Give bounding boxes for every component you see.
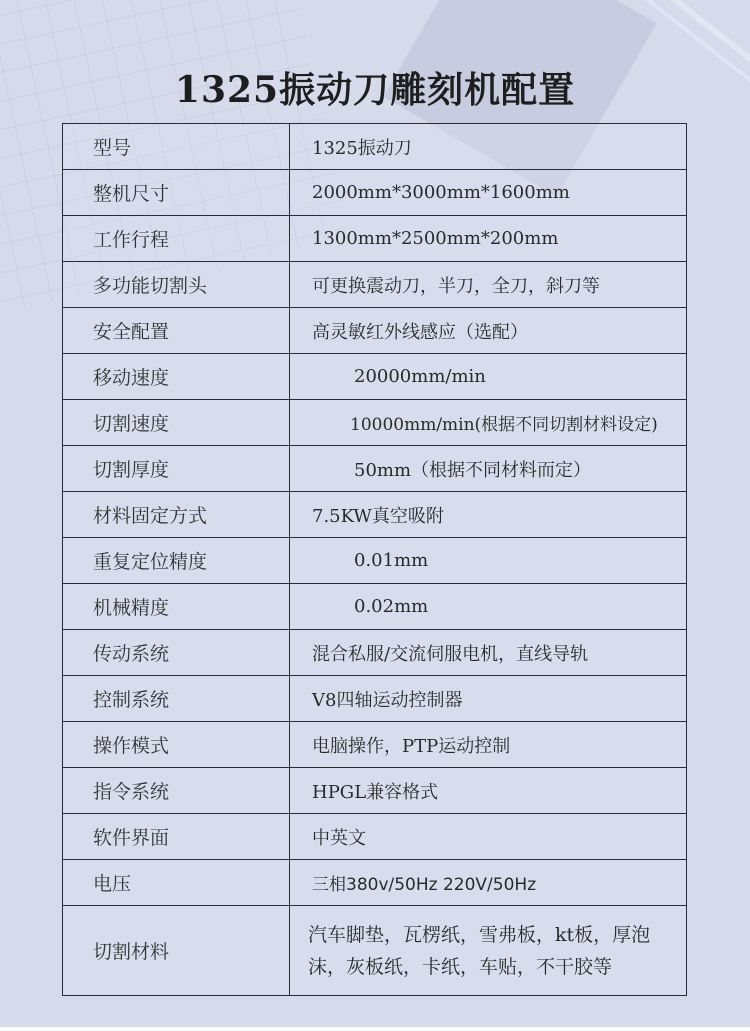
row-label: 切割厚度	[63, 446, 290, 492]
row-label: 工作行程	[63, 216, 290, 262]
page-title: 1325振动刀雕刻机配置	[0, 62, 750, 113]
row-value: 汽车脚垫，瓦楞纸，雪弗板，kt板，厚泡沫，灰板纸，卡纸，车贴，不干胶等	[290, 906, 687, 996]
row-value: 中英文	[290, 814, 687, 860]
row-label: 型号	[63, 124, 290, 170]
row-label: 切割材料	[63, 906, 290, 996]
row-value: 1325振动刀	[290, 124, 687, 170]
row-label: 控制系统	[63, 676, 290, 722]
table-row: 工作行程 1300mm*2500mm*200mm	[63, 216, 687, 262]
row-value: 10000mm/min(根据不同切割材料设定)	[290, 400, 687, 446]
row-label: 传动系统	[63, 630, 290, 676]
table-row: 移动速度 20000mm/min	[63, 354, 687, 400]
table-row: 电压 三相380v/50Hz 220V/50Hz	[63, 860, 687, 906]
row-value: 20000mm/min	[290, 354, 687, 400]
table-row: 多功能切割头 可更换震动刀，半刀，全刀，斜刀等	[63, 262, 687, 308]
table-row: 传动系统 混合私服/交流伺服电机，直线导轨	[63, 630, 687, 676]
row-value: 7.5KW真空吸附	[290, 492, 687, 538]
row-value: 0.01mm	[290, 538, 687, 584]
table-row: 切割速度 10000mm/min(根据不同切割材料设定)	[63, 400, 687, 446]
row-label: 机械精度	[63, 584, 290, 630]
row-label: 操作模式	[63, 722, 290, 768]
table-row: 型号 1325振动刀	[63, 124, 687, 170]
row-label: 软件界面	[63, 814, 290, 860]
row-label: 材料固定方式	[63, 492, 290, 538]
row-value: 2000mm*3000mm*1600mm	[290, 170, 687, 216]
row-value: 可更换震动刀，半刀，全刀，斜刀等	[290, 262, 687, 308]
table-row: 软件界面 中英文	[63, 814, 687, 860]
table-row: 切割材料 汽车脚垫，瓦楞纸，雪弗板，kt板，厚泡沫，灰板纸，卡纸，车贴，不干胶等	[63, 906, 687, 996]
table-row: 控制系统 V8四轴运动控制器	[63, 676, 687, 722]
row-label: 整机尺寸	[63, 170, 290, 216]
row-value: 高灵敏红外线感应（选配）	[290, 308, 687, 354]
table-row: 重复定位精度 0.01mm	[63, 538, 687, 584]
row-value: 1300mm*2500mm*200mm	[290, 216, 687, 262]
row-label: 指令系统	[63, 768, 290, 814]
table-row: 指令系统 HPGL兼容格式	[63, 768, 687, 814]
row-value: 三相380v/50Hz 220V/50Hz	[290, 860, 687, 906]
row-label: 多功能切割头	[63, 262, 290, 308]
row-value: 电脑操作，PTP运动控制	[290, 722, 687, 768]
row-label: 电压	[63, 860, 290, 906]
row-value: 混合私服/交流伺服电机，直线导轨	[290, 630, 687, 676]
row-value: 50mm（根据不同材料而定）	[290, 446, 687, 492]
table-row: 操作模式 电脑操作，PTP运动控制	[63, 722, 687, 768]
row-label: 切割速度	[63, 400, 290, 446]
row-label: 安全配置	[63, 308, 290, 354]
table-row: 机械精度 0.02mm	[63, 584, 687, 630]
table-row: 安全配置 高灵敏红外线感应（选配）	[63, 308, 687, 354]
table-row: 材料固定方式 7.5KW真空吸附	[63, 492, 687, 538]
row-label: 重复定位精度	[63, 538, 290, 584]
table-row: 整机尺寸 2000mm*3000mm*1600mm	[63, 170, 687, 216]
table-row: 切割厚度 50mm（根据不同材料而定）	[63, 446, 687, 492]
spec-table: 型号 1325振动刀 整机尺寸 2000mm*3000mm*1600mm 工作行…	[62, 123, 687, 996]
row-value: 0.02mm	[290, 584, 687, 630]
row-value: HPGL兼容格式	[290, 768, 687, 814]
bottom-strip	[0, 1027, 750, 1031]
row-value: V8四轴运动控制器	[290, 676, 687, 722]
row-label: 移动速度	[63, 354, 290, 400]
